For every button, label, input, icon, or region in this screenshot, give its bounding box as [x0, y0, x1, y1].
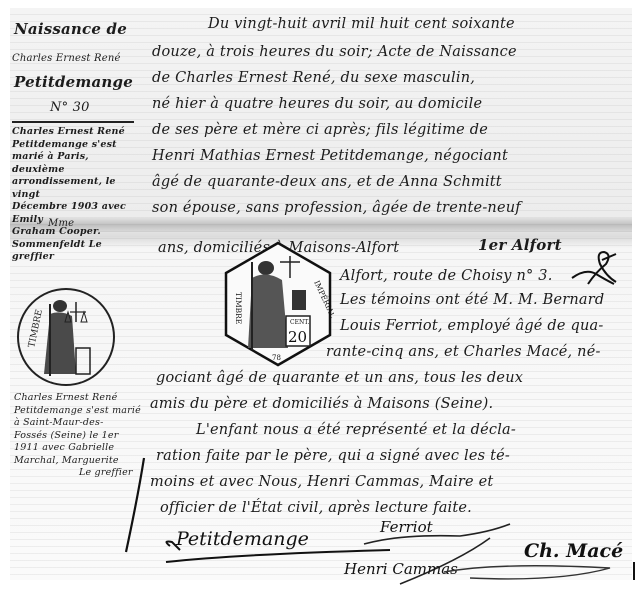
- note1-line: Sommenfeldt Le greffier: [12, 239, 137, 264]
- text-cursor: [633, 562, 635, 580]
- note1-line: Décembre 1903 avec Emily: [12, 201, 137, 226]
- body-line-16: L'enfant nous a été représenté et la déc…: [196, 422, 516, 438]
- note1-line: Petitdemange s'est: [12, 139, 137, 152]
- margin-title: Naissance de: [14, 20, 127, 38]
- body-line-13: rante-cinq ans, et Charles Macé, né-: [326, 344, 601, 360]
- note1-line: Graham Cooper.: [12, 226, 137, 239]
- marginal-note-1-signature: Mme: [48, 218, 74, 229]
- signature-witness-2: Ch. Macé: [524, 540, 623, 562]
- note2-line: 1911 avec Gabrielle: [14, 442, 144, 455]
- body-line-8: son épouse, sans profession, âgée de tre…: [152, 200, 521, 216]
- body-line-1: Du vingt-huit avril mil huit cent soixan…: [208, 16, 515, 32]
- round-tax-stamp-icon: TIMBRE: [14, 286, 118, 388]
- margin-given-names: Charles Ernest René: [12, 53, 121, 64]
- round-stamp-text: TIMBRE: [27, 309, 45, 349]
- body-line-11: Les témoins ont été M. M. Bernard: [340, 292, 604, 308]
- initials-paraph-icon: [566, 244, 622, 288]
- note2-line: à Saint-Maur-des-: [14, 417, 144, 430]
- stamp-value: 20: [288, 328, 307, 346]
- note1-line: marié à Paris, deuxième: [12, 151, 137, 176]
- body-line-2: douze, à trois heures du soir; Acte de N…: [152, 44, 517, 60]
- margin-record-number: N° 30: [50, 100, 90, 115]
- note1-line: Charles Ernest René: [12, 126, 137, 139]
- marginal-note-1: Charles Ernest René Petitdemange s'est m…: [12, 126, 137, 264]
- body-line-18: moins et avec Nous, Henri Cammas, Maire …: [150, 474, 493, 490]
- stamp-value-label: CENT.: [290, 319, 309, 326]
- margin-divider: [12, 121, 134, 123]
- insertion-note: 1er Alfort: [478, 236, 562, 254]
- body-line-10: Alfort, route de Choisy n° 3.: [340, 268, 553, 284]
- body-line-7: âgé de quarante-deux ans, et de Anna Sch…: [152, 174, 502, 190]
- body-line-12: Louis Ferriot, employé âgé de qua-: [340, 318, 603, 334]
- signature-mayor-flourish: [440, 560, 620, 584]
- body-line-19: officier de l'État civil, après lecture …: [160, 500, 472, 516]
- stamp-bottom-number: 78: [272, 354, 281, 362]
- margin-surname: Petitdemange: [14, 73, 133, 91]
- body-line-15: amis du père et domiciliés à Maisons (Se…: [150, 396, 493, 412]
- body-line-17: ration faite par le père, qui a signé av…: [156, 448, 510, 464]
- note2-line: Petitdemange s'est marié: [14, 405, 144, 418]
- body-line-6: Henri Mathias Ernest Petitdemange, négoc…: [152, 148, 508, 164]
- stamp-left-text: TIMBRE: [234, 292, 243, 324]
- body-line-14: gociant âgé de quarante et un ans, tous …: [156, 370, 523, 386]
- imperial-tax-stamp-icon: CENT. 20 TIMBRE IMPÉRIAL 78: [222, 240, 334, 368]
- note2-line: Charles Ernest René: [14, 392, 144, 405]
- note2-line: Fossés (Seine) le 1er: [14, 430, 144, 443]
- body-line-5: de ses père et mère ci après; fils légit…: [152, 122, 488, 138]
- marginal-pen-stroke: [120, 456, 150, 556]
- body-line-4: né hier à quatre heures du soir, au domi…: [152, 96, 482, 112]
- body-line-3: de Charles Ernest René, du sexe masculin…: [152, 70, 475, 86]
- note1-line: arrondissement, le vingt: [12, 176, 137, 201]
